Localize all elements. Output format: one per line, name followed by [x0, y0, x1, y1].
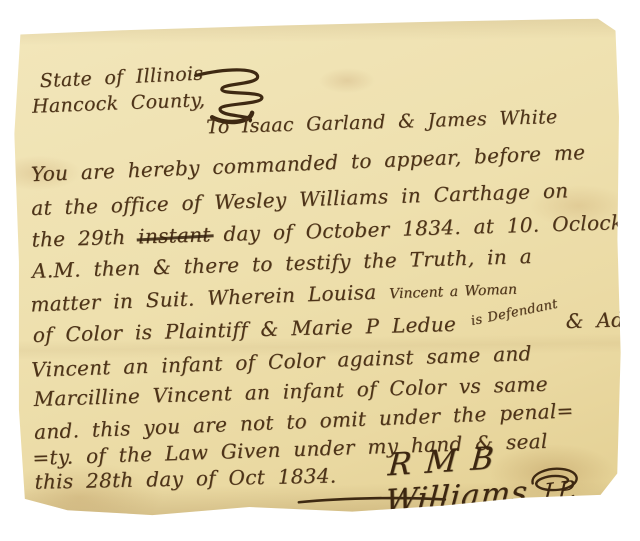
signature-underline-flourish: [297, 492, 447, 506]
header-county-line: Hancock County,: [32, 87, 206, 120]
closing-initials: J.P.: [542, 475, 578, 507]
body-line-3-struck-word: instant: [138, 222, 211, 248]
aged-paper-sheet: State of Illinois Hancock County, To Isa…: [13, 18, 625, 517]
body-line-6-post: & Adolphe: [565, 306, 640, 333]
body-line-5-pre: matter in Suit. Wherein Louisa: [30, 280, 377, 317]
body-line-11: this 28th day of Oct 1834.: [34, 462, 336, 494]
scanned-document-stage: State of Illinois Hancock County, To Isa…: [0, 0, 640, 541]
body-line-3-post: day of October 1834. at 10. Oclock: [223, 210, 624, 246]
body-line-3-pre: the 29th: [31, 225, 126, 252]
body-line-5-small: Vincent a Woman: [389, 282, 517, 303]
signature: R M B Williams: [384, 432, 627, 520]
